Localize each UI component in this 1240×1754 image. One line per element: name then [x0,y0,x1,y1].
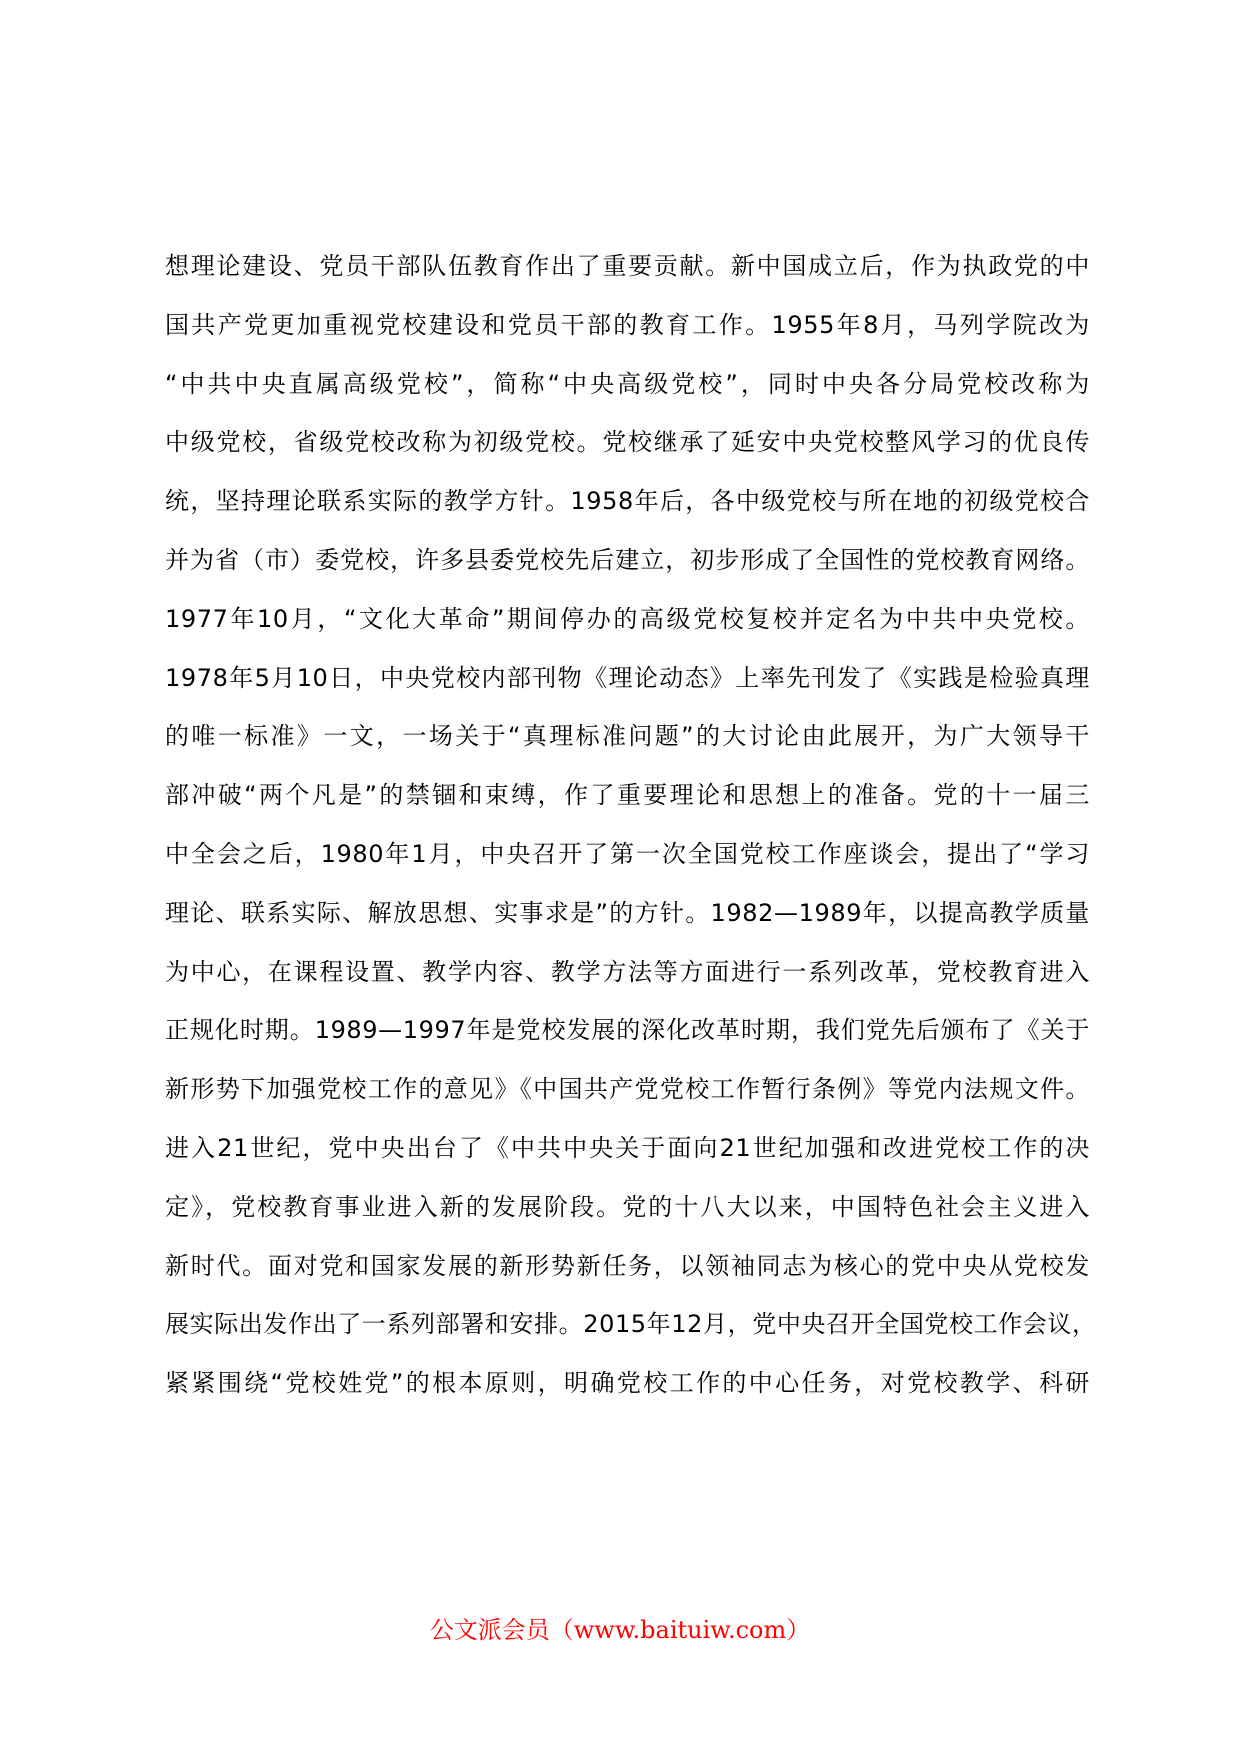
footer-open-paren: （ [550,1616,574,1644]
text-line: 正规化时期。1989—1997年是党校发展的深化改革时期，我们党先后颁布了《关于 [165,1001,1090,1060]
text-line: 统，坚持理论联系实际的教学方针。1958年后，各中级党校与所在地的初级党校合 [165,472,1090,531]
text-line: 新时代。面对党和国家发展的新形势新任务，以领袖同志为核心的党中央从党校发 [165,1237,1090,1296]
text-line: 进入21世纪，党中央出台了《中共中央关于面向21世纪加强和改进党校工作的决 [165,1119,1090,1178]
text-line: 定》，党校教育事业进入新的发展阶段。党的十八大以来，中国特色社会主义进入 [165,1178,1090,1237]
text-line: 想理论建设、党员干部队伍教育作出了重要贡献。新中国成立后，作为执政党的中 [165,237,1090,296]
text-line: 国共产党更加重视党校建设和党员干部的教育工作。1955年8月，马列学院改为 [165,296,1090,355]
footer-close-paren: ） [786,1616,810,1644]
watermark-footer: 公文派会员（www.baituiw.com） [0,1612,1240,1648]
text-line: 的唯一标准》一文，一场关于“真理标准问题”的大讨论由此展开，为广大领导干 [165,707,1090,766]
text-line: 新形势下加强党校工作的意见》《中国共产党党校工作暂行条例》等党内法规文件。 [165,1060,1090,1119]
text-line: 中级党校，省级党校改称为初级党校。党校继承了延安中央党校整风学习的优良传 [165,413,1090,472]
text-line: 1977年10月，“文化大革命”期间停办的高级党校复校并定名为中共中央党校。 [165,590,1090,649]
text-line: 中全会之后，1980年1月，中央召开了第一次全国党校工作座谈会，提出了“学习 [165,825,1090,884]
text-line: “中共中央直属高级党校”，简称“中央高级党校”，同时中央各分局党校改称为 [165,355,1090,414]
footer-label: 公文派会员 [430,1616,550,1644]
text-line: 并为省（市）委党校，许多县委党校先后建立，初步形成了全国性的党校教育网络。 [165,531,1090,590]
body-paragraph: 想理论建设、党员干部队伍教育作出了重要贡献。新中国成立后，作为执政党的中 国共产… [165,237,1090,1413]
text-line: 理论、联系实际、解放思想、实事求是”的方针。1982—1989年，以提高教学质量 [165,884,1090,943]
text-line: 为中心，在课程设置、教学内容、教学方法等方面进行一系列改革，党校教育进入 [165,943,1090,1002]
footer-url-link[interactable]: www.baituiw.com [574,1616,787,1644]
text-line: 紧紧围绕“党校姓党”的根本原则，明确党校工作的中心任务，对党校教学、科研 [165,1354,1090,1413]
text-line: 1978年5月10日，中央党校内部刊物《理论动态》上率先刊发了《实践是检验真理 [165,649,1090,708]
text-line: 部冲破“两个凡是”的禁锢和束缚，作了重要理论和思想上的准备。党的十一届三 [165,766,1090,825]
text-line: 展实际出发作出了一系列部署和安排。2015年12月，党中央召开全国党校工作会议， [165,1295,1090,1354]
document-page: 想理论建设、党员干部队伍教育作出了重要贡献。新中国成立后，作为执政党的中 国共产… [0,0,1240,1754]
